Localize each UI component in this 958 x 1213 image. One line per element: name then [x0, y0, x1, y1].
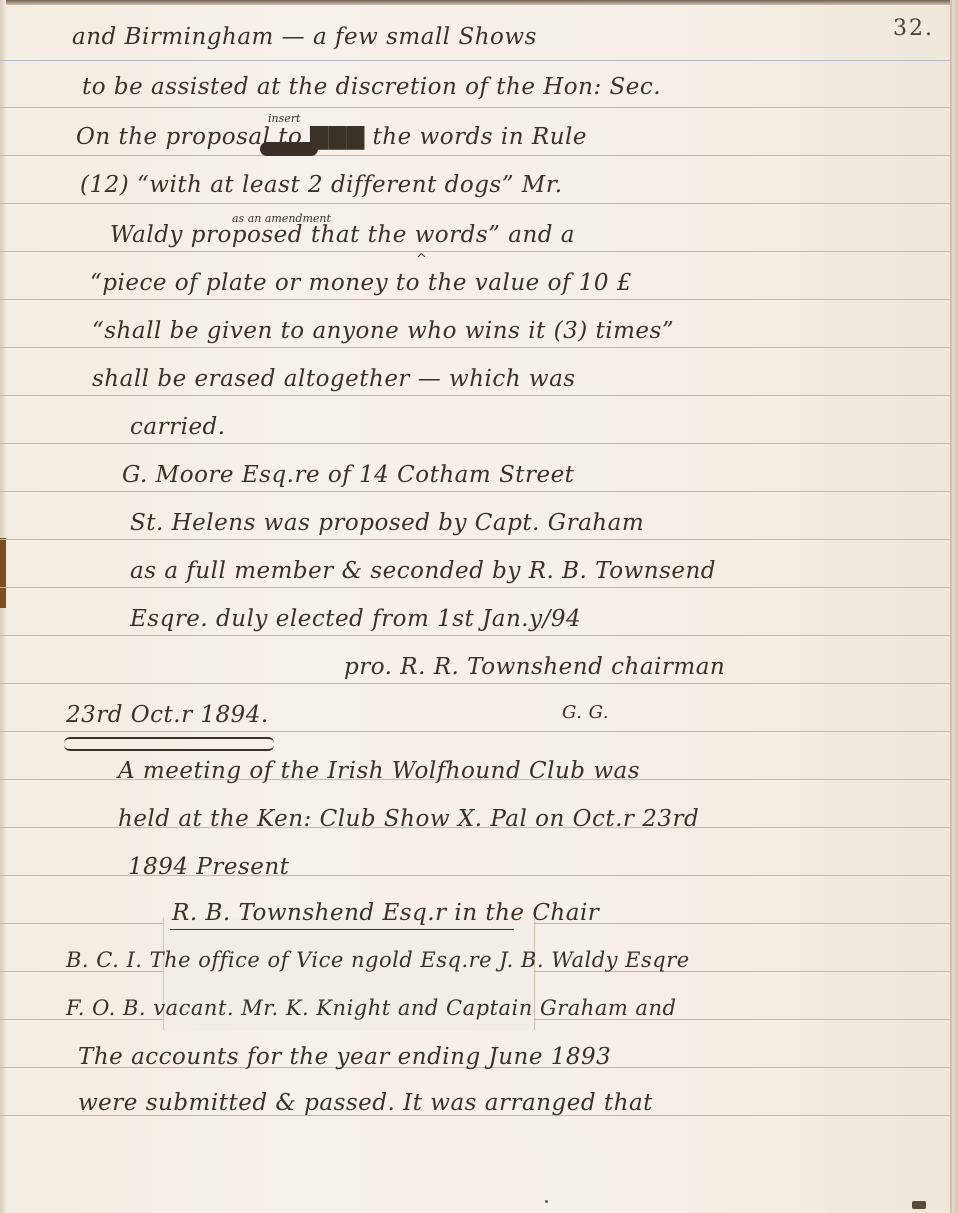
text-line: held at the Ken: Club Show X. Pal on Oct…: [118, 806, 699, 832]
ruled-line: [0, 60, 950, 61]
ruled-line: [0, 347, 950, 348]
entry-date: 23rd Oct.r 1894.: [66, 702, 269, 728]
text-line-signature: pro. R. R. Townshend chairman: [344, 654, 725, 680]
ruled-line: [0, 299, 950, 300]
ruled-line: [0, 731, 950, 732]
page-number: 32.: [893, 16, 934, 41]
ruled-line: [0, 539, 950, 540]
ink-speck: [545, 1200, 548, 1203]
text-line: On the proposal to ▇▇▇ the words in Rule: [76, 124, 587, 150]
text-line: R. B. Townshend Esq.r in the Chair: [172, 900, 599, 926]
ruled-line: [0, 203, 950, 204]
text-line: carried.: [130, 414, 226, 440]
ruled-line: [0, 683, 950, 684]
text-line: 1894 Present: [128, 854, 289, 880]
text-line: were submitted & passed. It was arranged…: [78, 1090, 653, 1116]
text-line: “piece of plate or money to the value of…: [90, 270, 632, 296]
text-line: “shall be given to anyone who wins it (3…: [92, 318, 674, 344]
ruled-line: [0, 251, 950, 252]
text-line: as a full member & seconded by R. B. Tow…: [130, 558, 716, 584]
text-line: (12) “with at least 2 different dogs” Mr…: [80, 172, 563, 198]
text-line: to be assisted at the discretion of the …: [82, 74, 661, 100]
ruled-line: [0, 491, 950, 492]
caret-mark: ^: [416, 252, 427, 267]
page-top-edge: [0, 0, 958, 5]
text-line: Waldy proposed that the words” and a: [110, 222, 575, 248]
page-right-edge: [952, 0, 958, 1213]
text-line: Esqre. duly elected from 1st Jan.y/94: [130, 606, 581, 632]
ruled-line: [0, 395, 950, 396]
ledger-page: 32. insert as an amendment ^ and Birming…: [0, 0, 958, 1213]
text-line: F. O. B. vacant. Mr. K. Knight and Capta…: [66, 996, 676, 1020]
text-line: G. Moore Esq.re of 14 Cotham Street: [122, 462, 574, 488]
corner-shadow: [912, 1201, 926, 1209]
text-line: The accounts for the year ending June 18…: [78, 1044, 611, 1070]
initials: G. G.: [562, 702, 609, 723]
ruled-line: [0, 443, 950, 444]
text-line: St. Helens was proposed by Capt. Graham: [130, 510, 644, 536]
text-line: shall be erased altogether — which was: [92, 366, 576, 392]
ruled-line: [0, 587, 950, 588]
text-line: B. C. I. The office of Vice ngold Esq.re…: [66, 948, 690, 972]
ruled-line: [0, 155, 950, 156]
text-line: and Birmingham — a few small Shows: [72, 24, 537, 50]
ruled-line: [0, 107, 950, 108]
date-underline: [64, 737, 274, 751]
binding-tab: [0, 538, 6, 608]
chair-name-underline: [170, 929, 514, 930]
ruled-line: [0, 635, 950, 636]
text-line: A meeting of the Irish Wolfhound Club wa…: [118, 758, 640, 784]
